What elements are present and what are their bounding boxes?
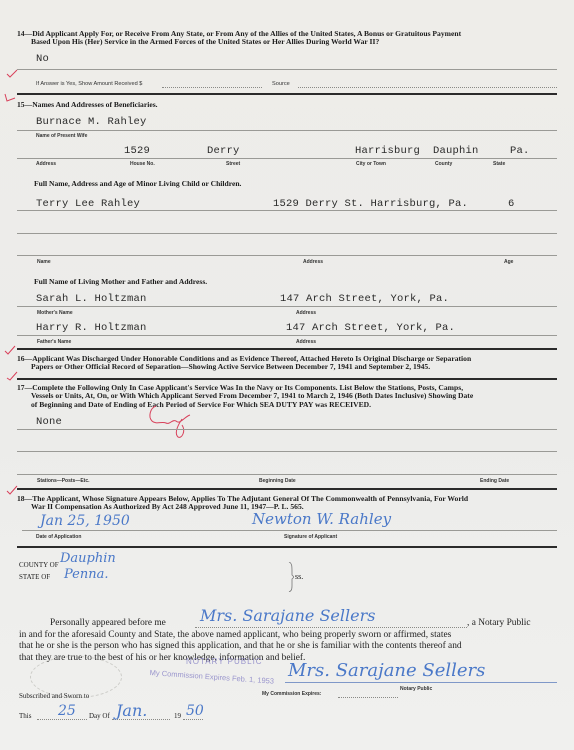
q14-amount-label: If Answer is Yes, Show Amount Received $ bbox=[36, 81, 142, 87]
father-address-label: Address bbox=[296, 339, 316, 345]
date-of-application-label: Date of Application bbox=[36, 534, 81, 540]
state-label: State bbox=[493, 161, 505, 167]
wife-name-label: Name of Present Wife bbox=[36, 133, 87, 139]
notary-signature[interactable]: Mrs. Sarajane Sellers bbox=[288, 660, 485, 681]
child-row-2-line bbox=[17, 233, 557, 234]
applicant-signature[interactable]: Newton W. Rahley bbox=[252, 510, 391, 528]
question-15: 15—Names And Addresses of Beneficiaries. bbox=[17, 101, 557, 109]
sea-duty-row-1-line bbox=[17, 429, 557, 430]
notary-name-handwritten[interactable]: Mrs. Sarajane Sellers bbox=[200, 606, 375, 625]
q14-answer-line bbox=[17, 69, 557, 70]
child-name-label: Name bbox=[37, 259, 51, 265]
q17-number: 17— bbox=[17, 383, 32, 392]
notary-body-line2: in and for the aforesaid County and Stat… bbox=[19, 630, 557, 641]
wife-state[interactable]: Pa. bbox=[510, 145, 530, 157]
wife-name-line bbox=[17, 130, 557, 131]
children-title: Full Name, Address and Age of Minor Livi… bbox=[34, 180, 554, 188]
q15-number: 15— bbox=[17, 100, 32, 109]
child-name[interactable]: Terry Lee Rahley bbox=[36, 198, 140, 210]
address-label: Address bbox=[36, 161, 56, 167]
father-address[interactable]: 147 Arch Street, York, Pa. bbox=[286, 322, 455, 334]
q17-answer[interactable]: None bbox=[36, 416, 62, 428]
red-checkmark-icon bbox=[6, 68, 18, 78]
year-value[interactable]: 50 bbox=[186, 703, 204, 719]
year-prefix: 19 bbox=[174, 712, 181, 720]
child-age[interactable]: 6 bbox=[508, 198, 515, 210]
notary-stamp-title: NOTARY PUBLIC bbox=[186, 657, 263, 666]
q15-title: Names And Addresses of Beneficiaries. bbox=[32, 100, 157, 109]
section-divider bbox=[17, 546, 557, 548]
question-14: 14—Did Applicant Apply For, or Receive F… bbox=[17, 30, 557, 47]
mother-name[interactable]: Sarah L. Holtzman bbox=[36, 293, 147, 305]
street-label: Street bbox=[226, 161, 240, 167]
q14-number: 14— bbox=[17, 29, 32, 38]
q14-source-label: Source bbox=[272, 81, 290, 87]
this-label: This bbox=[19, 712, 31, 720]
q17-text-line3: of Beginning and Date of Ending of Each … bbox=[17, 401, 557, 409]
q18-number: 18— bbox=[17, 494, 32, 503]
wife-name[interactable]: Burnace M. Rahley bbox=[36, 116, 147, 128]
wife-address-line bbox=[17, 158, 557, 159]
county-of-label: COUNTY OF bbox=[19, 561, 59, 569]
appeared-suffix: , a Notary Public bbox=[467, 618, 531, 629]
red-reviewer-initials-icon bbox=[142, 403, 202, 443]
q14-amount-field[interactable] bbox=[162, 87, 262, 88]
ss-label: ss. bbox=[295, 572, 303, 581]
q14-text-line2: Based Upon His (Her) Service in the Arme… bbox=[17, 38, 557, 46]
parents-title: Full Name of Living Mother and Father an… bbox=[34, 278, 554, 286]
commission-expires-label: My Commission Expires: bbox=[262, 691, 321, 697]
wife-city[interactable]: Harrisburg bbox=[355, 145, 420, 157]
mother-name-label: Mother's Name bbox=[37, 310, 73, 316]
month-value[interactable]: Jan. bbox=[116, 701, 147, 720]
q16-text-line2: Papers or Other Official Record of Separ… bbox=[17, 363, 557, 371]
sea-duty-row-2-line bbox=[17, 451, 557, 452]
red-checkmark-icon bbox=[4, 93, 16, 103]
section-divider bbox=[17, 348, 557, 350]
child-row-1-line bbox=[17, 210, 557, 211]
appeared-prefix: Personally appeared before me bbox=[50, 618, 166, 629]
state-of-label: STATE OF bbox=[19, 573, 50, 581]
notary-public-label: Notary Public bbox=[400, 686, 432, 692]
q16-number: 16— bbox=[17, 354, 32, 363]
red-checkmark-icon bbox=[6, 371, 18, 381]
signature-line bbox=[22, 530, 557, 531]
red-checkmark-icon bbox=[4, 345, 16, 355]
child-address[interactable]: 1529 Derry St. Harrisburg, Pa. bbox=[273, 198, 468, 210]
mother-address[interactable]: 147 Arch Street, York, Pa. bbox=[280, 293, 449, 305]
question-16: 16—Applicant Was Discharged Under Honora… bbox=[17, 355, 557, 372]
sea-duty-row-3-line bbox=[17, 474, 557, 475]
day-value[interactable]: 25 bbox=[58, 703, 76, 719]
child-age-label: Age bbox=[504, 259, 513, 265]
question-17: 17—Complete the Following Only In Case A… bbox=[17, 384, 557, 409]
child-row-3-line bbox=[17, 255, 557, 256]
bracket-icon bbox=[288, 562, 294, 592]
section-divider bbox=[17, 378, 557, 380]
father-name-label: Father's Name bbox=[37, 339, 71, 345]
notary-signature-line bbox=[285, 682, 557, 683]
day-of-label: Day Of bbox=[89, 712, 110, 720]
county-value[interactable]: Dauphin bbox=[60, 551, 116, 566]
ending-date-label: Ending Date bbox=[480, 478, 509, 484]
county-label: County bbox=[435, 161, 452, 167]
subscribed-sworn-label: Subscribed and Sworn to bbox=[19, 692, 89, 700]
father-name[interactable]: Harry R. Holtzman bbox=[36, 322, 147, 334]
child-address-label: Address bbox=[303, 259, 323, 265]
q14-answer[interactable]: No bbox=[36, 53, 49, 65]
father-line bbox=[17, 335, 557, 336]
compensation-application-page: 14—Did Applicant Apply For, or Receive F… bbox=[0, 0, 574, 750]
q14-source-field[interactable] bbox=[298, 87, 557, 88]
wife-house-no[interactable]: 1529 bbox=[124, 145, 150, 157]
signature-of-applicant-label: Signature of Applicant bbox=[284, 534, 337, 540]
city-label: City or Town bbox=[356, 161, 386, 167]
section-divider bbox=[17, 93, 557, 95]
notary-body-line3: that he or she is the person who has sig… bbox=[19, 641, 557, 652]
day-field-line bbox=[37, 719, 87, 720]
house-no-label: House No. bbox=[130, 161, 155, 167]
mother-address-label: Address bbox=[296, 310, 316, 316]
section-divider bbox=[17, 488, 557, 490]
year-field-line bbox=[183, 719, 203, 720]
date-of-application[interactable]: Jan 25, 1950 bbox=[40, 513, 130, 529]
wife-street[interactable]: Derry bbox=[207, 145, 240, 157]
stations-label: Stations—Posts—Etc. bbox=[37, 478, 90, 484]
mother-line bbox=[17, 306, 557, 307]
notary-name-line bbox=[195, 627, 467, 628]
beginning-date-label: Beginning Date bbox=[259, 478, 296, 484]
notary-stamp-commission: My Commission Expires Feb. 1, 1953 bbox=[149, 668, 274, 686]
commission-expires-field[interactable] bbox=[338, 697, 398, 698]
state-value[interactable]: Penna. bbox=[64, 567, 108, 582]
wife-county[interactable]: Dauphin bbox=[433, 145, 479, 157]
